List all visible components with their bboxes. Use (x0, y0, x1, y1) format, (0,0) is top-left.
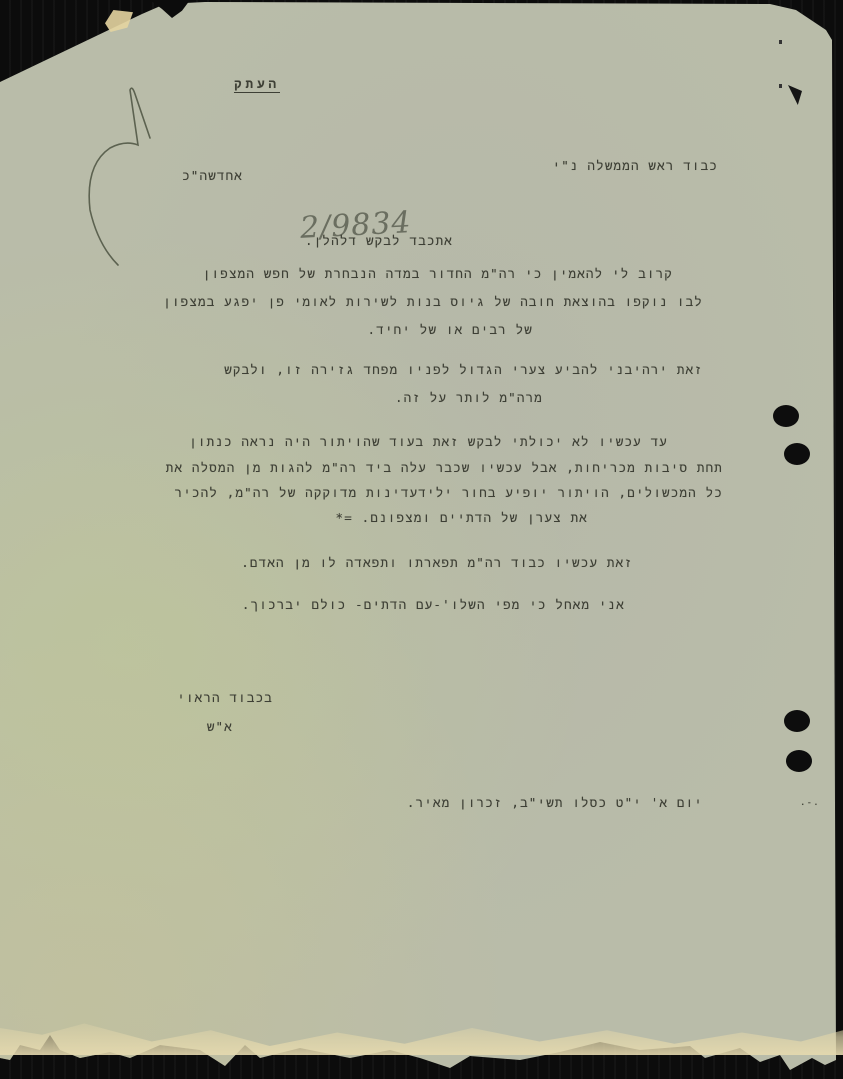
sender-header: אחדשה"כ (182, 168, 243, 184)
margin-tick-mark (779, 84, 782, 88)
punch-hole-3 (784, 710, 810, 732)
paragraph-line: מרה"מ לותר על זה. (395, 390, 543, 406)
paragraph-line: לבו נוקפו בהוצאת חובה של גיוס בנות לשירו… (163, 294, 703, 310)
punch-hole-1 (773, 405, 799, 427)
paragraph-line: עד עכשיו לא יכולתי לבקש זאת בעוד שהויתור… (189, 434, 668, 450)
addressee-line: כבוד ראש הממשלה נ"י (553, 158, 718, 174)
paragraph-line: קרוב לי להאמין כי רה"מ החדור במדה הנבחרת… (203, 266, 673, 282)
punch-hole-2 (784, 443, 810, 465)
punch-hole-4 (786, 750, 812, 772)
signature-initials: א"ש (207, 719, 233, 735)
paragraph-line: כל המכשולים, הויתור יופיע בחור ילידעדינו… (175, 485, 723, 501)
paragraph-line: את צערן של הדתיים ומצפונם. =* (335, 510, 588, 526)
paragraph-line: זאת עכשיו כבוד רה"מ תפארתו ותפאדה לו מן … (241, 555, 633, 571)
paragraph-line: זאת ירהיבני להביע צערי הגדול לפניו מפחד … (224, 362, 703, 378)
margin-dots: .-. (800, 798, 820, 808)
opening-line: אתכבד לבקש דלהלן. (305, 233, 453, 249)
paragraph-line: של רבים או של יחיד. (368, 322, 533, 338)
margin-tick-mark (779, 40, 782, 44)
pencil-mark-icon (80, 70, 170, 270)
closing-line: בכבוד הראוי (177, 690, 273, 706)
paragraph-line: אני מאחל כי מפי השלו'-עם הדתים- כולם יבר… (242, 597, 625, 613)
scanned-document-page: העתק כבוד ראש הממשלה נ"י אחדשה"כ 2/9834 … (0, 0, 843, 1079)
paragraph-line: תחת סיבות מכריחות, אבל עכשיו שכבר עלה בי… (166, 460, 723, 476)
date-line: יום א' י"ט כסלו תשי"ב, זכרון מאיר. (407, 795, 703, 811)
document-heading: העתק (190, 76, 280, 92)
